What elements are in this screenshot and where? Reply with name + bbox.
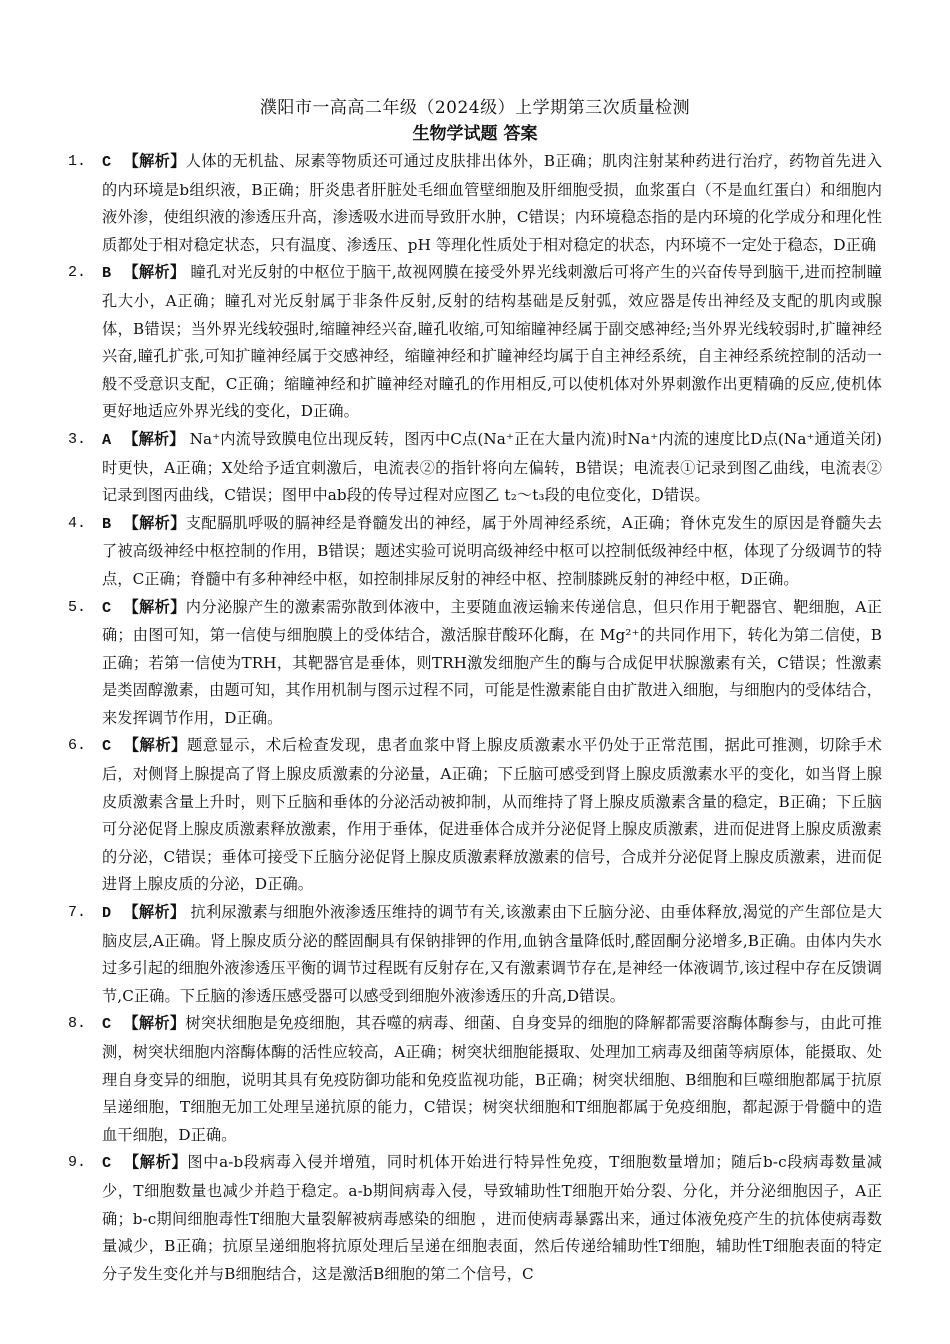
answer-letter: C <box>102 153 111 171</box>
analysis-text: 抗利尿激素与细胞外液渗透压维持的调节有关,该激素由下丘脑分泌、由垂体释放,渴觉的… <box>102 903 882 1005</box>
answer-item-6: 6. C【解析】题意显示，术后检查发现，患者血浆中肾上腺皮质激素水平仍处于正常范… <box>0 732 950 899</box>
answer-key-subtitle: 生物学试题 答案 <box>0 122 950 146</box>
analysis-text: 图中a-b段病毒入侵并增殖，同时机体开始进行特异性免疫，T细胞数量增加；随后b-… <box>102 1153 882 1282</box>
answer-letter: B <box>102 264 111 282</box>
item-body: C【解析】人体的无机盐、尿素等物质还可通过皮肤排出体外，B正确；肌肉注射某种药进… <box>102 148 882 259</box>
answer-item-9: 9. C【解析】图中a-b段病毒入侵并增殖，同时机体开始进行特异性免疫，T细胞数… <box>0 1149 950 1288</box>
analysis-tag: 【解析】 <box>123 430 184 448</box>
analysis-text: 树突状细胞是免疫细胞，其吞噬的病毒、细菌、自身变异的细胞的降解都需要溶酶体酶参与… <box>102 1014 882 1143</box>
item-number: 9. <box>68 1149 86 1177</box>
item-number: 5. <box>68 594 86 622</box>
item-body: C【解析】题意显示，术后检查发现，患者血浆中肾上腺皮质激素水平仍处于正常范围，据… <box>102 732 882 899</box>
answer-item-5: 5. C【解析】内分泌腺产生的激素需弥散到体液中，主要随血液运输来传递信息，但只… <box>0 594 950 733</box>
answer-item-8: 8. C【解析】树突状细胞是免疫细胞，其吞噬的病毒、细菌、自身变异的细胞的降解都… <box>0 1010 950 1149</box>
answer-letter: A <box>102 431 111 449</box>
answer-item-2: 2. B【解析】 瞳孔对光反射的中枢位于脑干,故视网膜在接受外界光线刺激后可将产… <box>0 259 950 426</box>
item-body: D【解析】 抗利尿激素与细胞外液渗透压维持的调节有关,该激素由下丘脑分泌、由垂体… <box>102 899 882 1010</box>
analysis-text: 支配膈肌呼吸的膈神经是脊髓发出的神经，属于外周神经系统，A正确；脊休克发生的原因… <box>102 514 882 588</box>
item-number: 4. <box>68 510 86 538</box>
item-number: 2. <box>68 259 86 287</box>
analysis-text: 内分泌腺产生的激素需弥散到体液中，主要随血液运输来传递信息，但只作用于靶器官、靶… <box>102 598 882 727</box>
item-body: C【解析】图中a-b段病毒入侵并增殖，同时机体开始进行特异性免疫，T细胞数量增加… <box>102 1149 882 1288</box>
answer-item-4: 4. B【解析】支配膈肌呼吸的膈神经是脊髓发出的神经，属于外周神经系统，A正确；… <box>0 510 950 594</box>
answer-letter: C <box>102 1015 111 1033</box>
item-number: 8. <box>68 1010 86 1038</box>
analysis-text: 瞳孔对光反射的中枢位于脑干,故视网膜在接受外界光线刺激后可将产生的兴奋传导到脑干… <box>102 263 882 420</box>
item-body: B【解析】支配膈肌呼吸的膈神经是脊髓发出的神经，属于外周神经系统，A正确；脊休克… <box>102 510 882 594</box>
answer-letter: C <box>102 599 111 617</box>
analysis-text: Na⁺内流导致膜电位出现反转，图丙中C点(Na⁺正在大量内流)时Na⁺内流的速度… <box>102 430 882 504</box>
item-body: C【解析】内分泌腺产生的激素需弥散到体液中，主要随血液运输来传递信息，但只作用于… <box>102 594 882 733</box>
item-body: B【解析】 瞳孔对光反射的中枢位于脑干,故视网膜在接受外界光线刺激后可将产生的兴… <box>102 259 882 426</box>
answer-letter: D <box>102 904 111 922</box>
analysis-tag: 【解析】 <box>123 1014 185 1032</box>
analysis-text: 人体的无机盐、尿素等物质还可通过皮肤排出体外，B正确；肌肉注射某种药进行治疗，药… <box>102 152 882 254</box>
answer-letter: B <box>102 515 111 533</box>
analysis-tag: 【解析】 <box>123 152 186 170</box>
analysis-tag: 【解析】 <box>123 903 185 921</box>
analysis-tag: 【解析】 <box>123 263 185 281</box>
item-body: A【解析】 Na⁺内流导致膜电位出现反转，图丙中C点(Na⁺正在大量内流)时Na… <box>102 426 882 510</box>
analysis-tag: 【解析】 <box>123 514 186 532</box>
analysis-tag: 【解析】 <box>123 1153 187 1171</box>
analysis-tag: 【解析】 <box>123 598 186 616</box>
item-number: 3. <box>68 426 86 454</box>
answer-list: 1. C【解析】人体的无机盐、尿素等物质还可通过皮肤排出体外，B正确；肌肉注射某… <box>0 148 950 1288</box>
item-body: C【解析】树突状细胞是免疫细胞，其吞噬的病毒、细菌、自身变异的细胞的降解都需要溶… <box>102 1010 882 1149</box>
item-number: 7. <box>68 899 86 927</box>
item-number: 1. <box>68 148 86 176</box>
document-page: 濮阳市一高高二年级（2024级）上学期第三次质量检测 生物学试题 答案 1. C… <box>0 0 950 1344</box>
analysis-tag: 【解析】 <box>123 736 187 754</box>
answer-letter: C <box>102 1154 111 1172</box>
answer-item-7: 7. D【解析】 抗利尿激素与细胞外液渗透压维持的调节有关,该激素由下丘脑分泌、… <box>0 899 950 1010</box>
analysis-text: 题意显示，术后检查发现，患者血浆中肾上腺皮质激素水平仍处于正常范围，据此可推测，… <box>102 736 882 893</box>
item-number: 6. <box>68 732 86 760</box>
answer-item-3: 3. A【解析】 Na⁺内流导致膜电位出现反转，图丙中C点(Na⁺正在大量内流)… <box>0 426 950 510</box>
answer-letter: C <box>102 737 111 755</box>
answer-item-1: 1. C【解析】人体的无机盐、尿素等物质还可通过皮肤排出体外，B正确；肌肉注射某… <box>0 148 950 259</box>
exam-title: 濮阳市一高高二年级（2024级）上学期第三次质量检测 <box>0 96 950 120</box>
